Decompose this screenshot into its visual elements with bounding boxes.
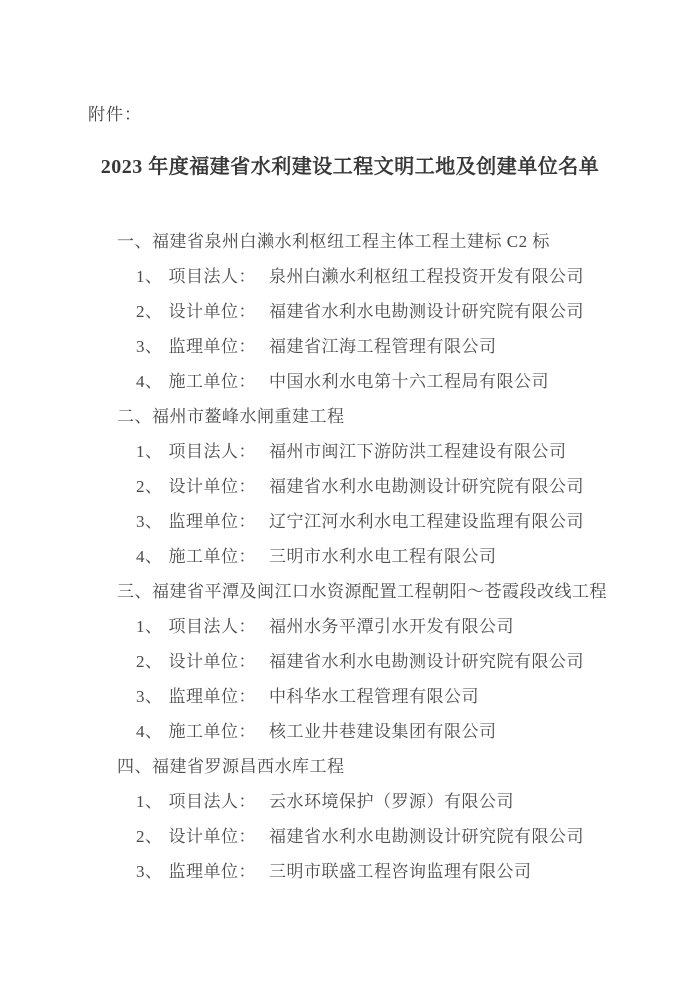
item-number: 3、: [136, 337, 163, 356]
list-item: 3、监理单位：三明市联盛工程咨询监理有限公司: [117, 854, 657, 889]
item-value: 福建省水利水电勘测设计研究院有限公司: [269, 652, 584, 671]
item-value: 中国水利水电第十六工程局有限公司: [269, 372, 549, 391]
item-number: 3、: [136, 512, 163, 531]
item-number: 1、: [136, 442, 163, 461]
item-label: 项目法人：: [169, 617, 257, 636]
list-item: 3、监理单位：辽宁江河水利水电工程建设监理有限公司: [117, 504, 657, 539]
item-number: 4、: [136, 722, 163, 741]
item-value: 三明市水利水电工程有限公司: [269, 547, 497, 566]
item-number: 4、: [136, 372, 163, 391]
item-value: 辽宁江河水利水电工程建设监理有限公司: [269, 512, 584, 531]
item-number: 1、: [136, 267, 163, 286]
item-label: 监理单位：: [169, 687, 257, 706]
page-title: 2023 年度福建省水利建设工程文明工地及创建单位名单: [0, 150, 700, 179]
item-number: 3、: [136, 862, 163, 881]
item-value: 中科华水工程管理有限公司: [269, 687, 479, 706]
item-label: 设计单位：: [169, 477, 257, 496]
list-item: 1、项目法人：泉州白濑水利枢纽工程投资开发有限公司: [117, 259, 657, 294]
item-label: 项目法人：: [169, 267, 257, 286]
section-heading-2: 二、福州市鳌峰水闸重建工程: [117, 399, 657, 434]
item-value: 核工业井巷建设集团有限公司: [269, 722, 497, 741]
item-label: 监理单位：: [169, 512, 257, 531]
item-number: 2、: [136, 652, 163, 671]
item-value: 福州水务平潭引水开发有限公司: [269, 617, 514, 636]
item-label: 设计单位：: [169, 652, 257, 671]
item-value: 福建省水利水电勘测设计研究院有限公司: [269, 827, 584, 846]
item-label: 施工单位：: [169, 372, 257, 391]
item-number: 1、: [136, 792, 163, 811]
list-item: 3、监理单位：中科华水工程管理有限公司: [117, 679, 657, 714]
item-value: 福建省江海工程管理有限公司: [269, 337, 497, 356]
item-label: 设计单位：: [169, 302, 257, 321]
item-value: 福建省水利水电勘测设计研究院有限公司: [269, 477, 584, 496]
section-heading-3: 三、福建省平潭及闽江口水资源配置工程朝阳～苍霞段改线工程: [117, 574, 657, 609]
item-label: 施工单位：: [169, 547, 257, 566]
list-item: 2、设计单位：福建省水利水电勘测设计研究院有限公司: [117, 819, 657, 854]
item-value: 三明市联盛工程咨询监理有限公司: [269, 862, 532, 881]
list-item: 2、设计单位：福建省水利水电勘测设计研究院有限公司: [117, 644, 657, 679]
item-value: 泉州白濑水利枢纽工程投资开发有限公司: [269, 267, 584, 286]
list-item: 1、项目法人：云水环境保护（罗源）有限公司: [117, 784, 657, 819]
item-label: 项目法人：: [169, 792, 257, 811]
item-label: 监理单位：: [169, 337, 257, 356]
item-label: 设计单位：: [169, 827, 257, 846]
item-label: 监理单位：: [169, 862, 257, 881]
list-item: 2、设计单位：福建省水利水电勘测设计研究院有限公司: [117, 469, 657, 504]
item-number: 4、: [136, 547, 163, 566]
section-heading-4: 四、福建省罗源昌西水库工程: [117, 749, 657, 784]
list-item: 4、施工单位：三明市水利水电工程有限公司: [117, 539, 657, 574]
list-item: 2、设计单位：福建省水利水电勘测设计研究院有限公司: [117, 294, 657, 329]
item-number: 2、: [136, 477, 163, 496]
document-page: 附件： 2023 年度福建省水利建设工程文明工地及创建单位名单 一、福建省泉州白…: [0, 0, 700, 990]
item-label: 施工单位：: [169, 722, 257, 741]
item-number: 2、: [136, 302, 163, 321]
list-item: 1、项目法人：福州水务平潭引水开发有限公司: [117, 609, 657, 644]
item-value: 云水环境保护（罗源）有限公司: [269, 792, 514, 811]
item-value: 福州市闽江下游防洪工程建设有限公司: [269, 442, 567, 461]
item-number: 2、: [136, 827, 163, 846]
section-heading-1: 一、福建省泉州白濑水利枢纽工程主体工程土建标 C2 标: [117, 224, 657, 259]
item-number: 3、: [136, 687, 163, 706]
item-value: 福建省水利水电勘测设计研究院有限公司: [269, 302, 584, 321]
list-item: 4、施工单位：核工业井巷建设集团有限公司: [117, 714, 657, 749]
item-label: 项目法人：: [169, 442, 257, 461]
list-item: 1、项目法人：福州市闽江下游防洪工程建设有限公司: [117, 434, 657, 469]
list-item: 3、监理单位：福建省江海工程管理有限公司: [117, 329, 657, 364]
attachment-label: 附件：: [88, 100, 142, 125]
list-item: 4、施工单位：中国水利水电第十六工程局有限公司: [117, 364, 657, 399]
item-number: 1、: [136, 617, 163, 636]
document-body: 一、福建省泉州白濑水利枢纽工程主体工程土建标 C2 标 1、项目法人：泉州白濑水…: [117, 224, 657, 889]
